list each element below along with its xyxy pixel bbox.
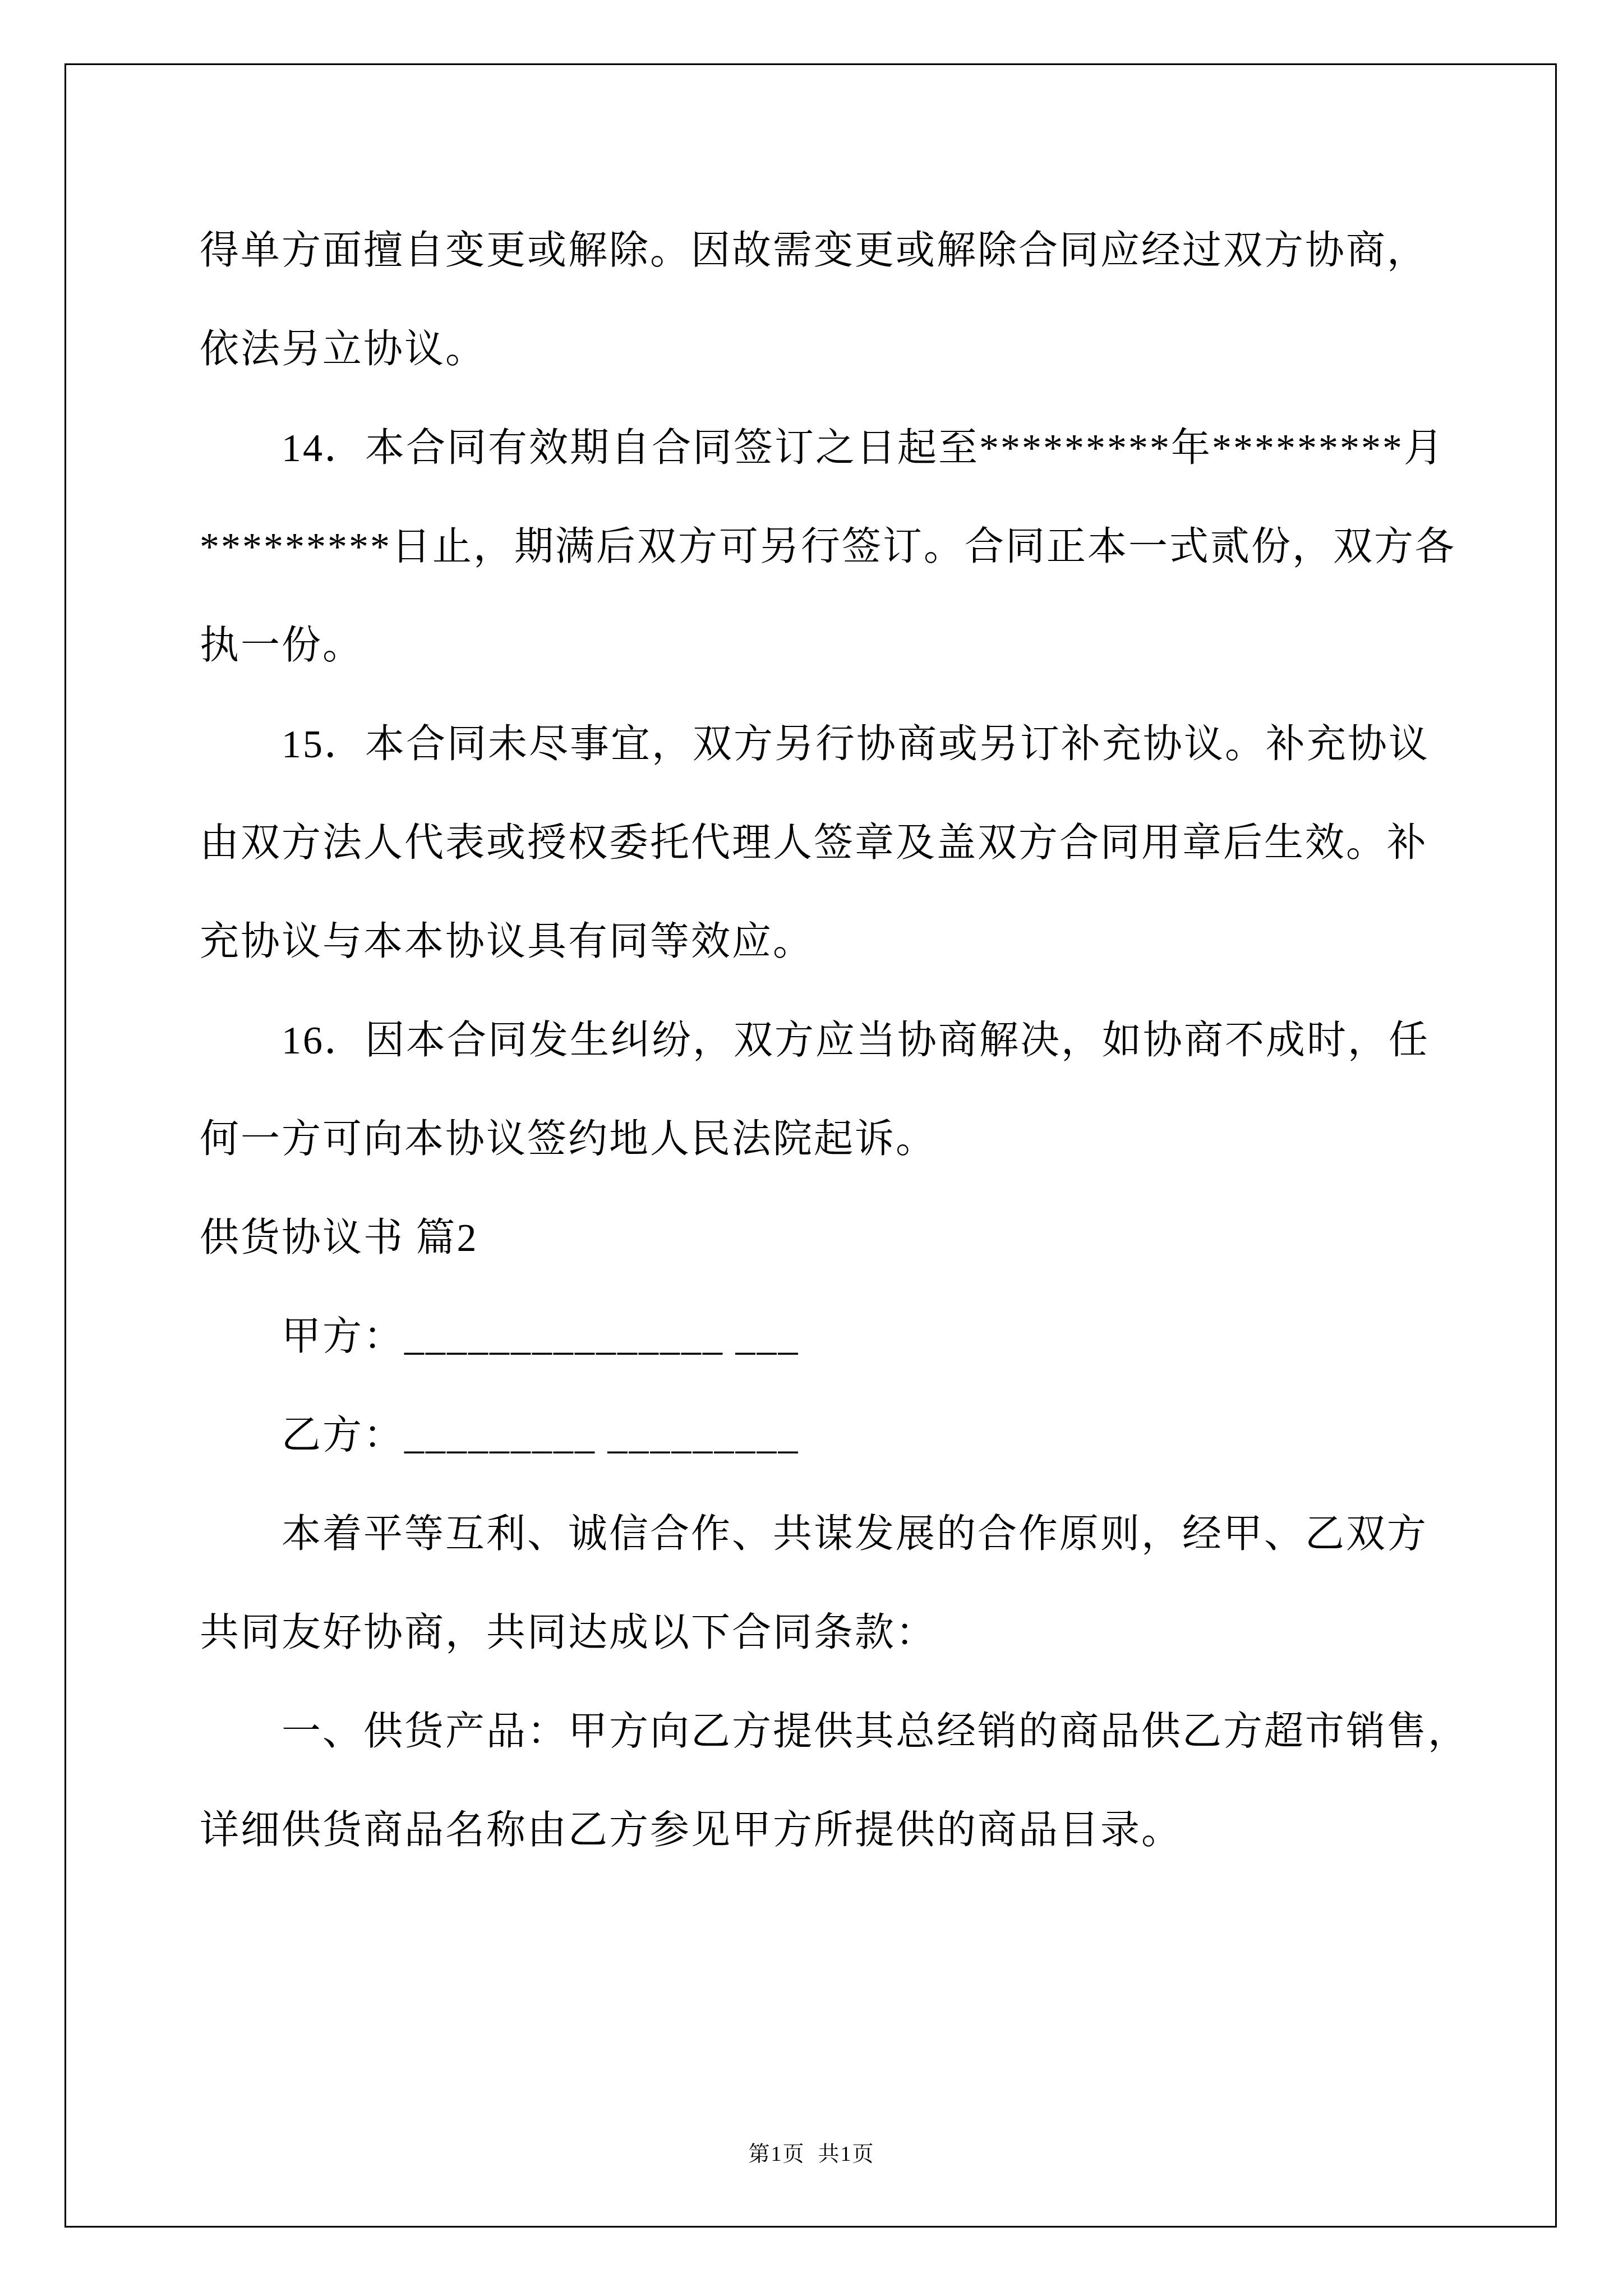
text-line: 得单方面擅自变更或解除。因故需变更或解除合同应经过双方协商，: [200, 202, 1439, 301]
section-heading: 供货协议书 篇2: [200, 1189, 1439, 1288]
text-line: 详细供货商品名称由乙方参见甲方所提供的商品目录。: [200, 1782, 1439, 1880]
document-page: 得单方面擅自变更或解除。因故需变更或解除合同应经过双方协商， 依法另立协议。 1…: [0, 0, 1623, 2296]
text-line: 充协议与本本协议具有同等效应。: [200, 893, 1439, 992]
text-line: 何一方可向本协议签约地人民法院起诉。: [200, 1091, 1439, 1189]
party-b-line: 乙方：_________ _________: [200, 1387, 1439, 1485]
text-line: 由双方法人代表或授权委托代理人签章及盖双方合同用章后生效。补: [200, 794, 1439, 893]
text-line: 共同友好协商，共同达成以下合同条款：: [200, 1584, 1439, 1683]
text-line-clause-14: 14．本合同有效期自合同签订之日起至*********年*********月: [200, 399, 1439, 498]
text-line-item-1: 一、供货产品：甲方向乙方提供其总经销的商品供乙方超市销售，: [200, 1683, 1439, 1782]
party-a-line: 甲方：_______________ ___: [200, 1288, 1439, 1387]
text-line: *********日止，期满后双方可另行签订。合同正本一式贰份，双方各: [200, 498, 1439, 597]
text-line: 执一份。: [200, 597, 1439, 696]
text-line-clause-16: 16．因本合同发生纠纷，双方应当协商解决，如协商不成时，任: [200, 992, 1439, 1091]
text-line-clause-15: 15．本合同未尽事宜，双方另行协商或另订补充协议。补充协议: [200, 696, 1439, 794]
document-body: 得单方面擅自变更或解除。因故需变更或解除合同应经过双方协商， 依法另立协议。 1…: [200, 202, 1439, 1880]
text-line: 依法另立协议。: [200, 301, 1439, 399]
text-line: 本着平等互利、诚信合作、共谋发展的合作原则，经甲、乙双方: [200, 1485, 1439, 1584]
page-footer: 第1页 共1页: [0, 2136, 1623, 2172]
